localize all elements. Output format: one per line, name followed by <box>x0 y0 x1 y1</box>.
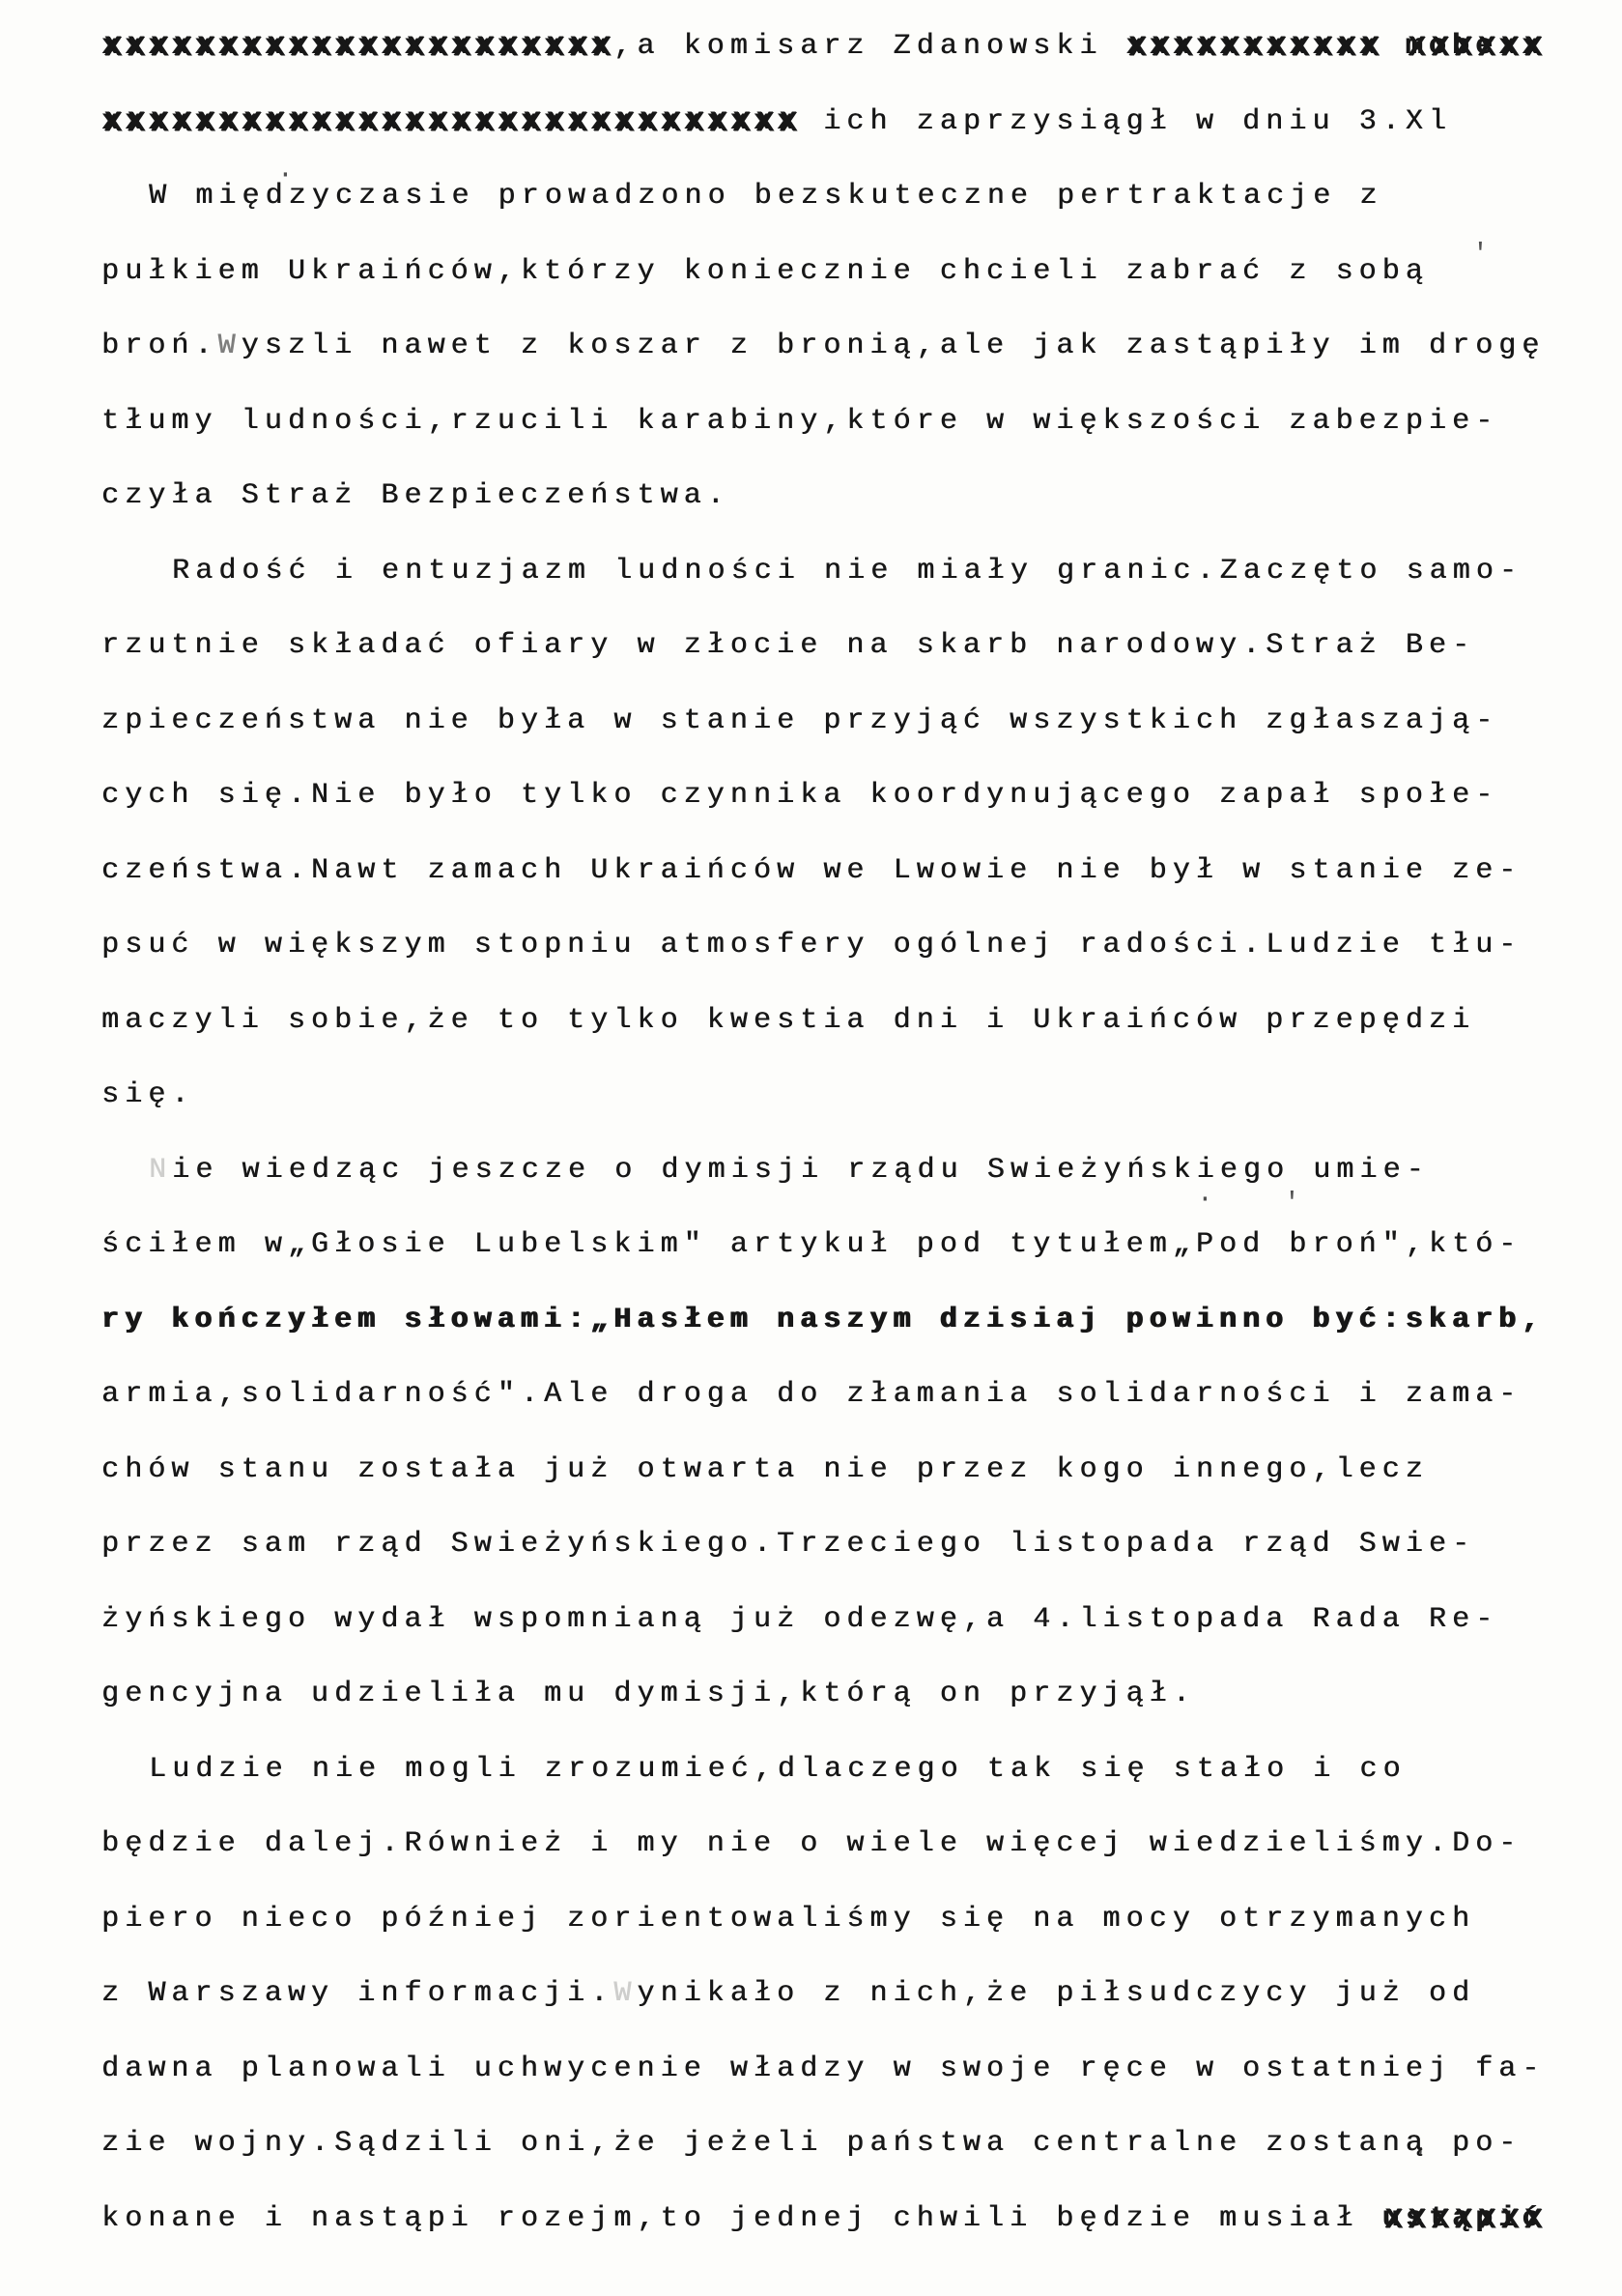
typed-line: W międzyczasie prowadzono bezskuteczne p… <box>101 159 1608 235</box>
typed-line: rzutnie składać ofiary w złocie na skarb… <box>101 609 1608 684</box>
typed-text: broń. <box>101 330 218 362</box>
ink-speck: ' <box>1472 242 1489 269</box>
typed-line: cych się.Nie było tylko czynnika koordyn… <box>101 759 1608 834</box>
typed-text-block: xxxxxxxxxxxxxxxxxxxxxx,a komisarz Zdanow… <box>101 10 1608 2256</box>
typed-line: zpieczeństwa nie była w stanie przyjąć w… <box>101 684 1608 760</box>
strikeout-text: mobexx <box>1406 10 1546 85</box>
typed-line: przez sam rząd Swieżyńskiego.Trzeciego l… <box>101 1507 1608 1583</box>
faint-letter: W <box>613 1977 637 2010</box>
typed-line: piero nieco później zorientowaliśmy się … <box>101 1882 1608 1958</box>
strikeout-text: ustąpić <box>1382 2182 1546 2257</box>
strikeout-text: xxxxxxxxxxxxxxxxxxxxxxxxxxxxxx <box>101 85 800 160</box>
strikeout-text: xxxxxxxxxxxxxxxxxxxxxx <box>101 10 613 85</box>
faint-letter: N <box>149 1154 172 1187</box>
ink-speck: ' <box>1412 2147 1429 2174</box>
typed-line: psuć w większym stopniu atmosfery ogólne… <box>101 908 1608 984</box>
typed-line: ry kończyłem słowami:„Hasłem naszym dzis… <box>101 1283 1608 1359</box>
typed-text: ich zaprzysiągł w dniu 3.Xl <box>800 105 1452 138</box>
typed-line: się. <box>101 1058 1608 1134</box>
typed-line: czeństwa.Nawt zamach Ukraińców we Lwowie… <box>101 834 1608 909</box>
typed-line: Nie wiedząc jeszcze o dymisji rządu Swie… <box>101 1134 1608 1209</box>
document-page: xxxxxxxxxxxxxxxxxxxxxx,a komisarz Zdanow… <box>0 0 1622 2296</box>
typed-line: maczyli sobie,że to tylko kwestia dni i … <box>101 984 1608 1059</box>
typed-line: armia,solidarność".Ale droga do złamania… <box>101 1358 1608 1433</box>
typed-line: żyńskiego wydał wspomnianą już odezwę,a … <box>101 1583 1608 1658</box>
typed-line: xxxxxxxxxxxxxxxxxxxxxx,a komisarz Zdanow… <box>101 10 1608 85</box>
ink-speck: · <box>277 162 294 189</box>
typed-line: tłumy ludności,rzucili karabiny,które w … <box>101 385 1608 460</box>
typed-line: Ludzie nie mogli zrozumieć,dlaczego tak … <box>101 1733 1608 1808</box>
ink-speck: · <box>1197 1187 1213 1214</box>
typed-line: z Warszawy informacji.Wynikało z nich,że… <box>101 1957 1608 2032</box>
strikeout-text: xxxxxxxxxxx <box>1126 10 1382 85</box>
typed-line: pułkiem Ukraińców,którzy koniecznie chci… <box>101 235 1608 310</box>
typed-line: gencyjna udzieliła mu dymisji,którą on p… <box>101 1657 1608 1733</box>
typed-text: z Warszawy informacji. <box>101 1977 613 2010</box>
typed-text: ie wiedząc jeszcze o dymisji rządu Swież… <box>172 1154 1430 1187</box>
typed-line: Radość i entuzjazm ludności nie miały gr… <box>101 534 1608 610</box>
typed-line: broń.Wyszli nawet z koszar z bronią,ale … <box>101 309 1608 385</box>
typed-line: chów stanu została już otwarta nie przez… <box>101 1433 1608 1508</box>
typed-line: czyła Straż Bezpieczeństwa. <box>101 459 1608 534</box>
ink-speck: ' <box>1284 1191 1300 1218</box>
typed-text: konane i nastąpi rozejm,to jednej chwili… <box>101 2202 1382 2235</box>
typed-text: ynikało z nich,że piłsudczycy już od <box>637 1977 1475 2010</box>
faint-letter: W <box>218 330 242 362</box>
typed-line: zie wojny.Sądzili oni,że jeżeli państwa … <box>101 2107 1608 2182</box>
typed-line: xxxxxxxxxxxxxxxxxxxxxxxxxxxxxx ich zaprz… <box>101 85 1608 160</box>
typed-line: będzie dalej.Również i my nie o wiele wi… <box>101 1807 1608 1882</box>
typed-text: ,a komisarz Zdanowski <box>613 30 1125 63</box>
typed-line: ściłem w„Głosie Lubelskim" artykuł pod t… <box>101 1208 1608 1283</box>
typed-line: konane i nastąpi rozejm,to jednej chwili… <box>101 2182 1608 2257</box>
typed-text: yszli nawet z koszar z bronią,ale jak za… <box>242 330 1546 362</box>
typed-line: dawna planowali uchwycenie władzy w swoj… <box>101 2032 1608 2108</box>
